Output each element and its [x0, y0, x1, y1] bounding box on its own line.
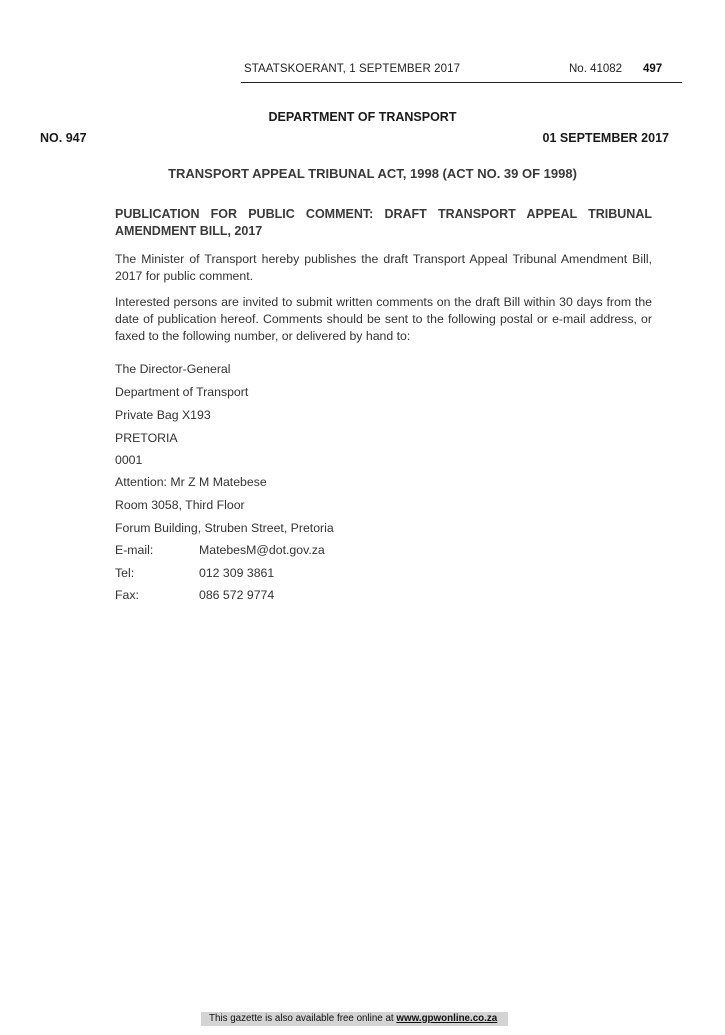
address-line: Forum Building, Struben Street, Pretoria	[115, 521, 334, 535]
header-rule	[241, 82, 682, 83]
address-line: PRETORIA	[115, 431, 178, 445]
comments-paragraph: Interested persons are invited to submit…	[115, 294, 652, 345]
footer-text: This gazette is also available free onli…	[209, 1013, 396, 1024]
intro-paragraph: The Minister of Transport hereby publish…	[115, 251, 652, 285]
email-address[interactable]: MatebesM@dot.gov.za	[199, 543, 325, 557]
act-title: TRANSPORT APPEAL TRIBUNAL ACT, 1998 (ACT…	[0, 166, 725, 181]
notice-number: NO. 947	[40, 131, 87, 145]
address-line: The Director-General	[115, 362, 231, 376]
department-heading: DEPARTMENT OF TRANSPORT	[0, 110, 725, 124]
tel-number: 012 309 3861	[199, 566, 274, 580]
footer-banner: This gazette is also available free onli…	[201, 1012, 508, 1026]
fax-number: 086 572 9774	[199, 588, 274, 602]
fax-label: Fax:	[115, 588, 139, 602]
page-number: 497	[643, 63, 662, 75]
running-head: STAATSKOERANT, 1 SEPTEMBER 2017	[244, 63, 460, 75]
footer-link[interactable]: www.gpwonline.co.za	[396, 1013, 497, 1024]
address-line: Attention: Mr Z M Matebese	[115, 475, 267, 489]
tel-label: Tel:	[115, 566, 134, 580]
address-line: Room 3058, Third Floor	[115, 498, 245, 512]
notice-date: 01 SEPTEMBER 2017	[543, 131, 669, 145]
email-label: E-mail:	[115, 543, 153, 557]
publication-title: PUBLICATION FOR PUBLIC COMMENT: DRAFT TR…	[115, 206, 652, 240]
address-line: 0001	[115, 453, 142, 467]
gazette-number: No. 41082	[569, 63, 622, 75]
address-line: Private Bag X193	[115, 408, 211, 422]
address-line: Department of Transport	[115, 385, 248, 399]
